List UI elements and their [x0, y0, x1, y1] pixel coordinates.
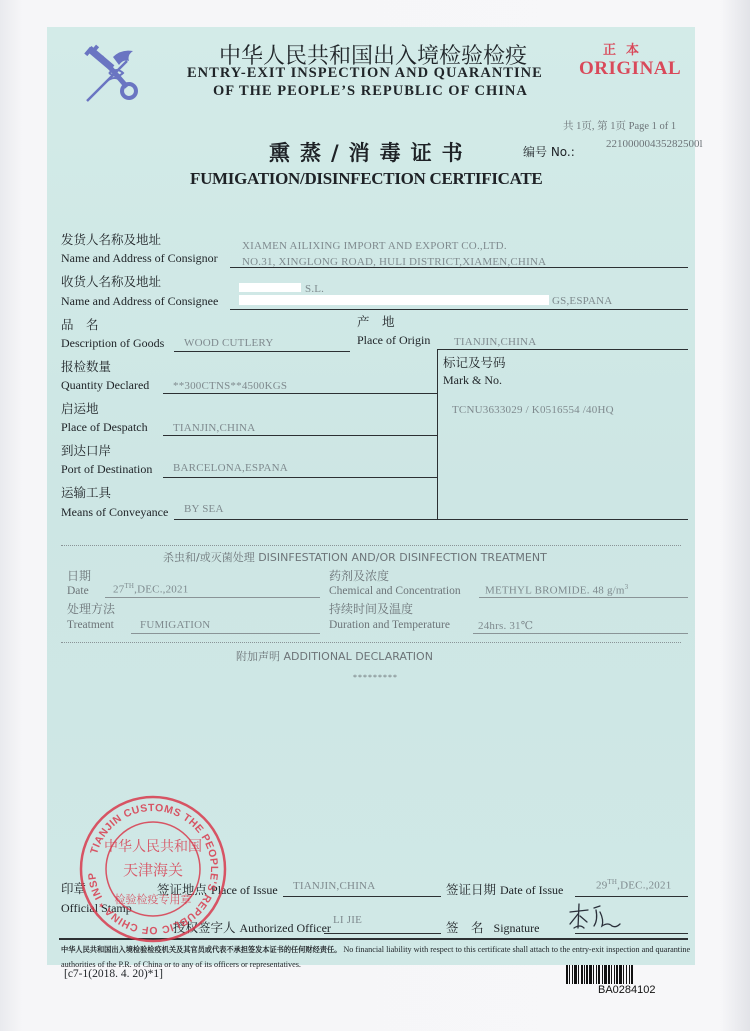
barcode: [566, 965, 690, 984]
chemical-underline: [479, 597, 688, 598]
signature-underline: [575, 933, 688, 934]
consignee-underline: [230, 309, 688, 310]
origin-label-cn: 产 地: [357, 312, 395, 330]
barcode-number: BA0284102: [598, 984, 656, 996]
treatment-separator: [61, 545, 681, 546]
treatment-method-value: FUMIGATION: [140, 619, 210, 631]
ciq-logo-icon: [81, 43, 143, 105]
conveyance-label-en: Means of Conveyance: [61, 505, 168, 520]
conveyance-label-cn: 运输工具: [61, 483, 111, 501]
destination-label-cn: 到达口岸: [61, 441, 111, 459]
svg-text:中华人民共和国: 中华人民共和国: [104, 838, 202, 855]
certificate-title-en: FUMIGATION/DISINFECTION CERTIFICATE: [190, 169, 542, 189]
destination-value: BARCELONA,ESPANA: [173, 462, 288, 474]
chemical-label-en: Chemical and Concentration: [329, 585, 461, 597]
duration-underline: [473, 633, 688, 634]
despatch-underline: [163, 435, 437, 436]
despatch-value: TIANJIN,CHINA: [173, 422, 255, 434]
form-code: [c7-1(2018. 4. 20)*1]: [64, 968, 163, 980]
duration-label-en: Duration and Temperature: [329, 619, 450, 631]
goods-label-cn: 品 名: [61, 315, 99, 333]
date-of-issue-underline: [575, 896, 688, 897]
despatch-label-en: Place of Despatch: [61, 420, 148, 435]
number-value: 22100000435282500l: [606, 138, 703, 150]
consignor-underline: [230, 267, 688, 268]
treatment-date-underline: [105, 597, 320, 598]
additional-declaration-title: 附加声明 ADDITIONAL DECLARATION: [236, 648, 433, 664]
consignor-value-line1: XIAMEN AILIXING IMPORT AND EXPORT CO.,LT…: [242, 240, 507, 252]
treatment-date-label-en: Date: [67, 585, 89, 597]
destination-underline: [163, 477, 437, 478]
authorized-officer-underline: [324, 933, 441, 934]
number-label: 编号 No.:: [523, 145, 575, 159]
treatment-date-value: 27TH,DEC.,2021: [113, 582, 188, 596]
consignee-label-cn: 收货人名称及地址: [61, 272, 161, 290]
svg-text:检验检疫专用章: 检验检疫专用章: [115, 892, 192, 906]
signature-scribble: [566, 902, 624, 932]
origin-value: TIANJIN,CHINA: [454, 336, 536, 348]
original-label-en: ORIGINAL: [579, 58, 681, 80]
signature-label: 签 名 Signature: [446, 918, 540, 937]
duration-value: 24hrs. 31℃: [478, 619, 533, 632]
redaction-bar: [239, 295, 549, 305]
certificate-number: 编号 No.:: [523, 143, 575, 161]
svg-text:天津海关: 天津海关: [123, 861, 183, 879]
quantity-label-en: Quantity Declared: [61, 378, 149, 393]
conveyance-underline: [174, 519, 688, 520]
mark-label-cn: 标记及号码: [443, 353, 506, 371]
goods-value: WOOD CUTLERY: [184, 337, 273, 349]
additional-declaration-value: *********: [353, 673, 398, 682]
conveyance-value: BY SEA: [184, 503, 224, 515]
consignor-label-cn: 发货人名称及地址: [61, 230, 161, 248]
consignee-value-line1: S.L.: [305, 283, 324, 295]
origin-underline: [438, 349, 688, 350]
additional-separator: [61, 642, 681, 643]
place-of-issue-underline: [283, 896, 441, 897]
quantity-label-cn: 报检数量: [61, 357, 111, 375]
consignor-label-en: Name and Address of Consignor: [61, 251, 218, 266]
treatment-section-title: 杀虫和/或灭菌处理 DISINFESTATION AND/OR DISINFEC…: [163, 549, 547, 565]
date-of-issue-value: 29TH,DEC.,2021: [596, 878, 671, 892]
original-label-cn: 正本: [603, 39, 649, 58]
despatch-label-cn: 启运地: [61, 399, 99, 417]
mark-label-en: Mark & No.: [443, 373, 502, 388]
treatment-method-label-en: Treatment: [67, 619, 114, 631]
consignee-value-line2: GS,ESPANA: [552, 295, 612, 307]
chemical-value: METHYL BROMIDE. 48 g/m3: [485, 583, 628, 597]
quantity-value: **300CTNS**4500KGS: [173, 380, 287, 392]
mark-box-divider: [437, 349, 438, 519]
goods-label-en: Description of Goods: [61, 336, 164, 351]
treatment-method-label-cn: 处理方法: [67, 600, 115, 617]
consignee-label-en: Name and Address of Consignee: [61, 294, 218, 309]
certificate-title-cn: 熏蒸/消毒证书: [269, 137, 473, 167]
mark-value: TCNU3633029 / K0516554 /40HQ: [452, 404, 614, 416]
page-info: 共 1页, 第 1页 Page 1 of 1: [563, 118, 676, 133]
quantity-underline: [163, 393, 437, 394]
treatment-method-underline: [131, 633, 320, 634]
chemical-label-cn: 药剂及浓度: [329, 567, 389, 584]
goods-underline: [174, 351, 350, 352]
treatment-date-label-cn: 日期: [67, 567, 91, 584]
place-of-issue-value: TIANJIN,CHINA: [293, 880, 375, 892]
redaction-bar: [239, 283, 301, 292]
authorized-officer-value: LI JIE: [333, 914, 362, 926]
authority-name-en-line2: OF THE PEOPLE’S REPUBLIC OF CHINA: [213, 83, 528, 100]
duration-label-cn: 持续时间及温度: [329, 600, 413, 617]
origin-label-en: Place of Origin: [357, 333, 430, 348]
date-of-issue-label: 签证日期 Date of Issue: [446, 880, 563, 899]
authority-name-en-line1: ENTRY-EXIT INSPECTION AND QUARANTINE: [187, 65, 543, 82]
destination-label-en: Port of Destination: [61, 462, 152, 477]
official-stamp: TIANJIN CUSTOMS THE PEOPLE'S REPUBLIC OF…: [78, 795, 228, 943]
